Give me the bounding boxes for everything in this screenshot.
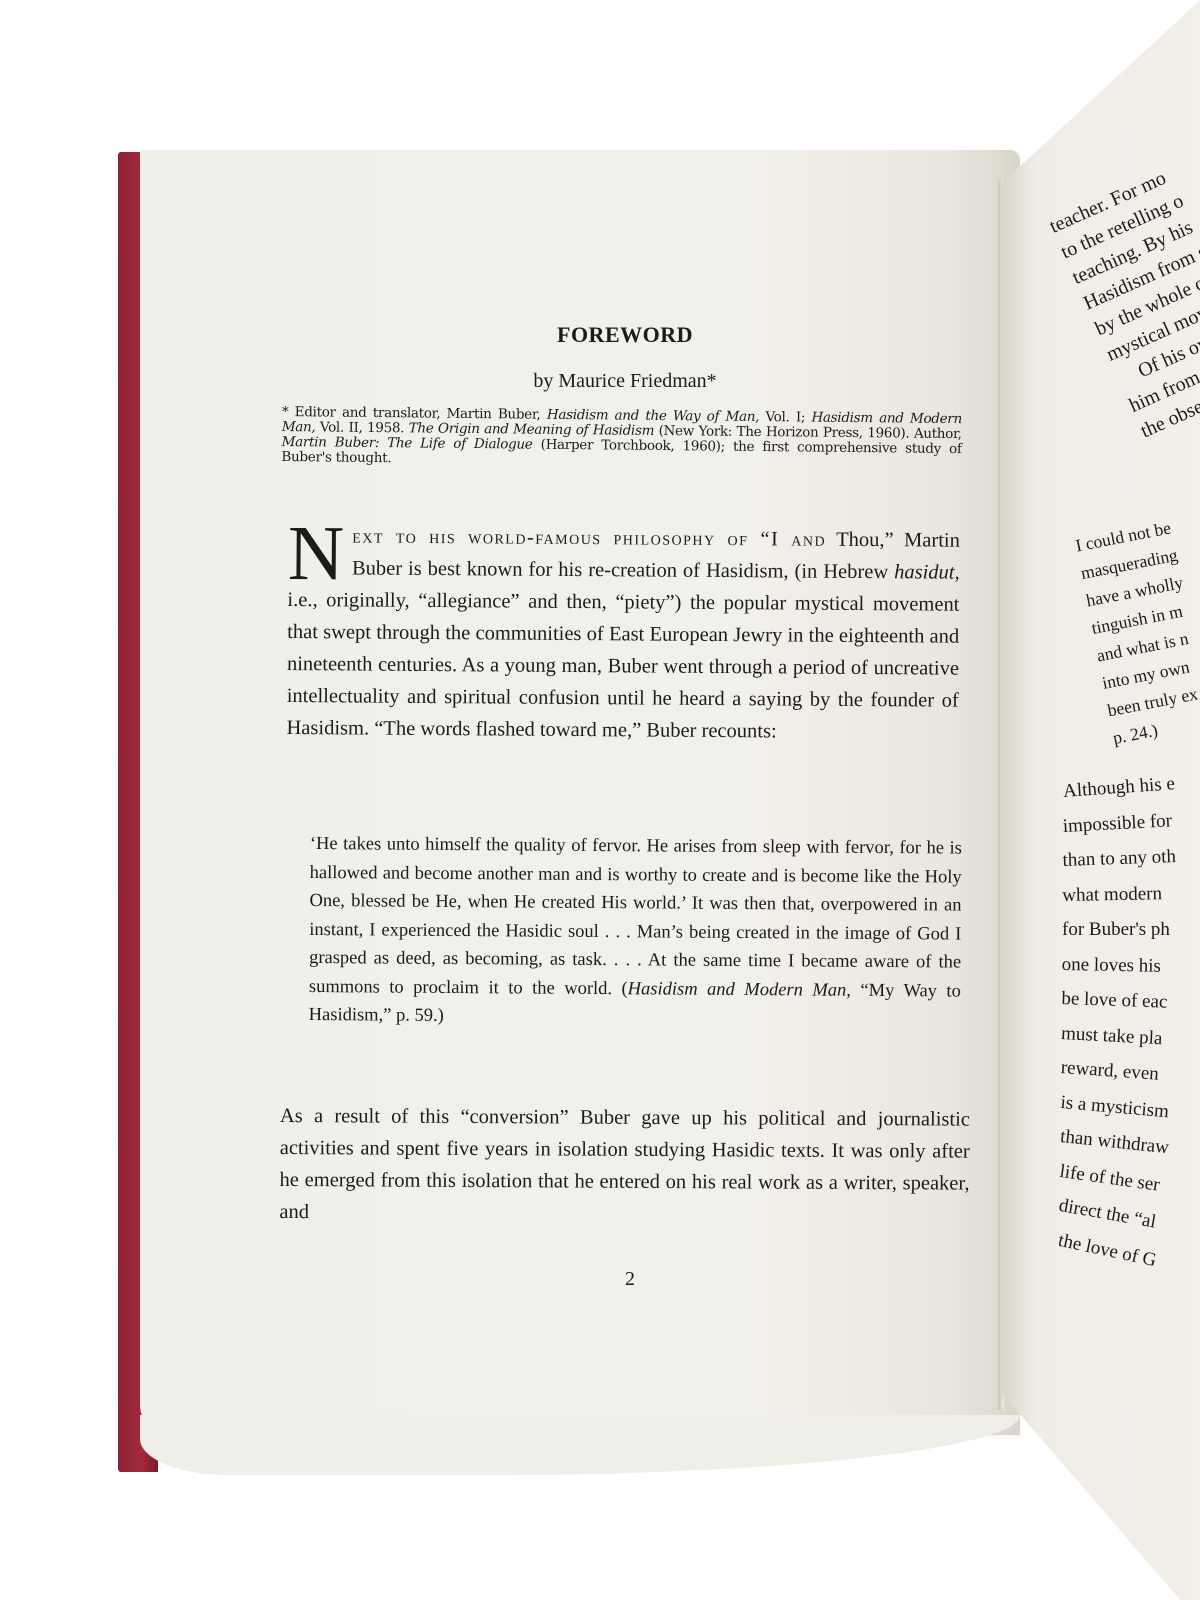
block-quote: ‘He takes unto himself the quality of fe… <box>309 830 962 1034</box>
right-page-text-bottom: Although his e impossible for than to an… <box>1062 775 1200 1258</box>
paragraph-conversion: As a result of this “conversion” Buber g… <box>279 1100 970 1232</box>
drop-cap: N <box>288 522 345 584</box>
paragraph-intro: Next to his world-famous philosophy of “… <box>286 520 960 749</box>
page-number: 2 <box>600 1268 660 1291</box>
footnote: * Editor and translator, Martin Buber, H… <box>281 405 962 472</box>
smallcaps-lead: ext to his world-famous philosophy of “I… <box>352 525 826 550</box>
byline: by Maurice Friedman* <box>280 370 970 393</box>
page-title: FOREWORD <box>280 322 970 348</box>
